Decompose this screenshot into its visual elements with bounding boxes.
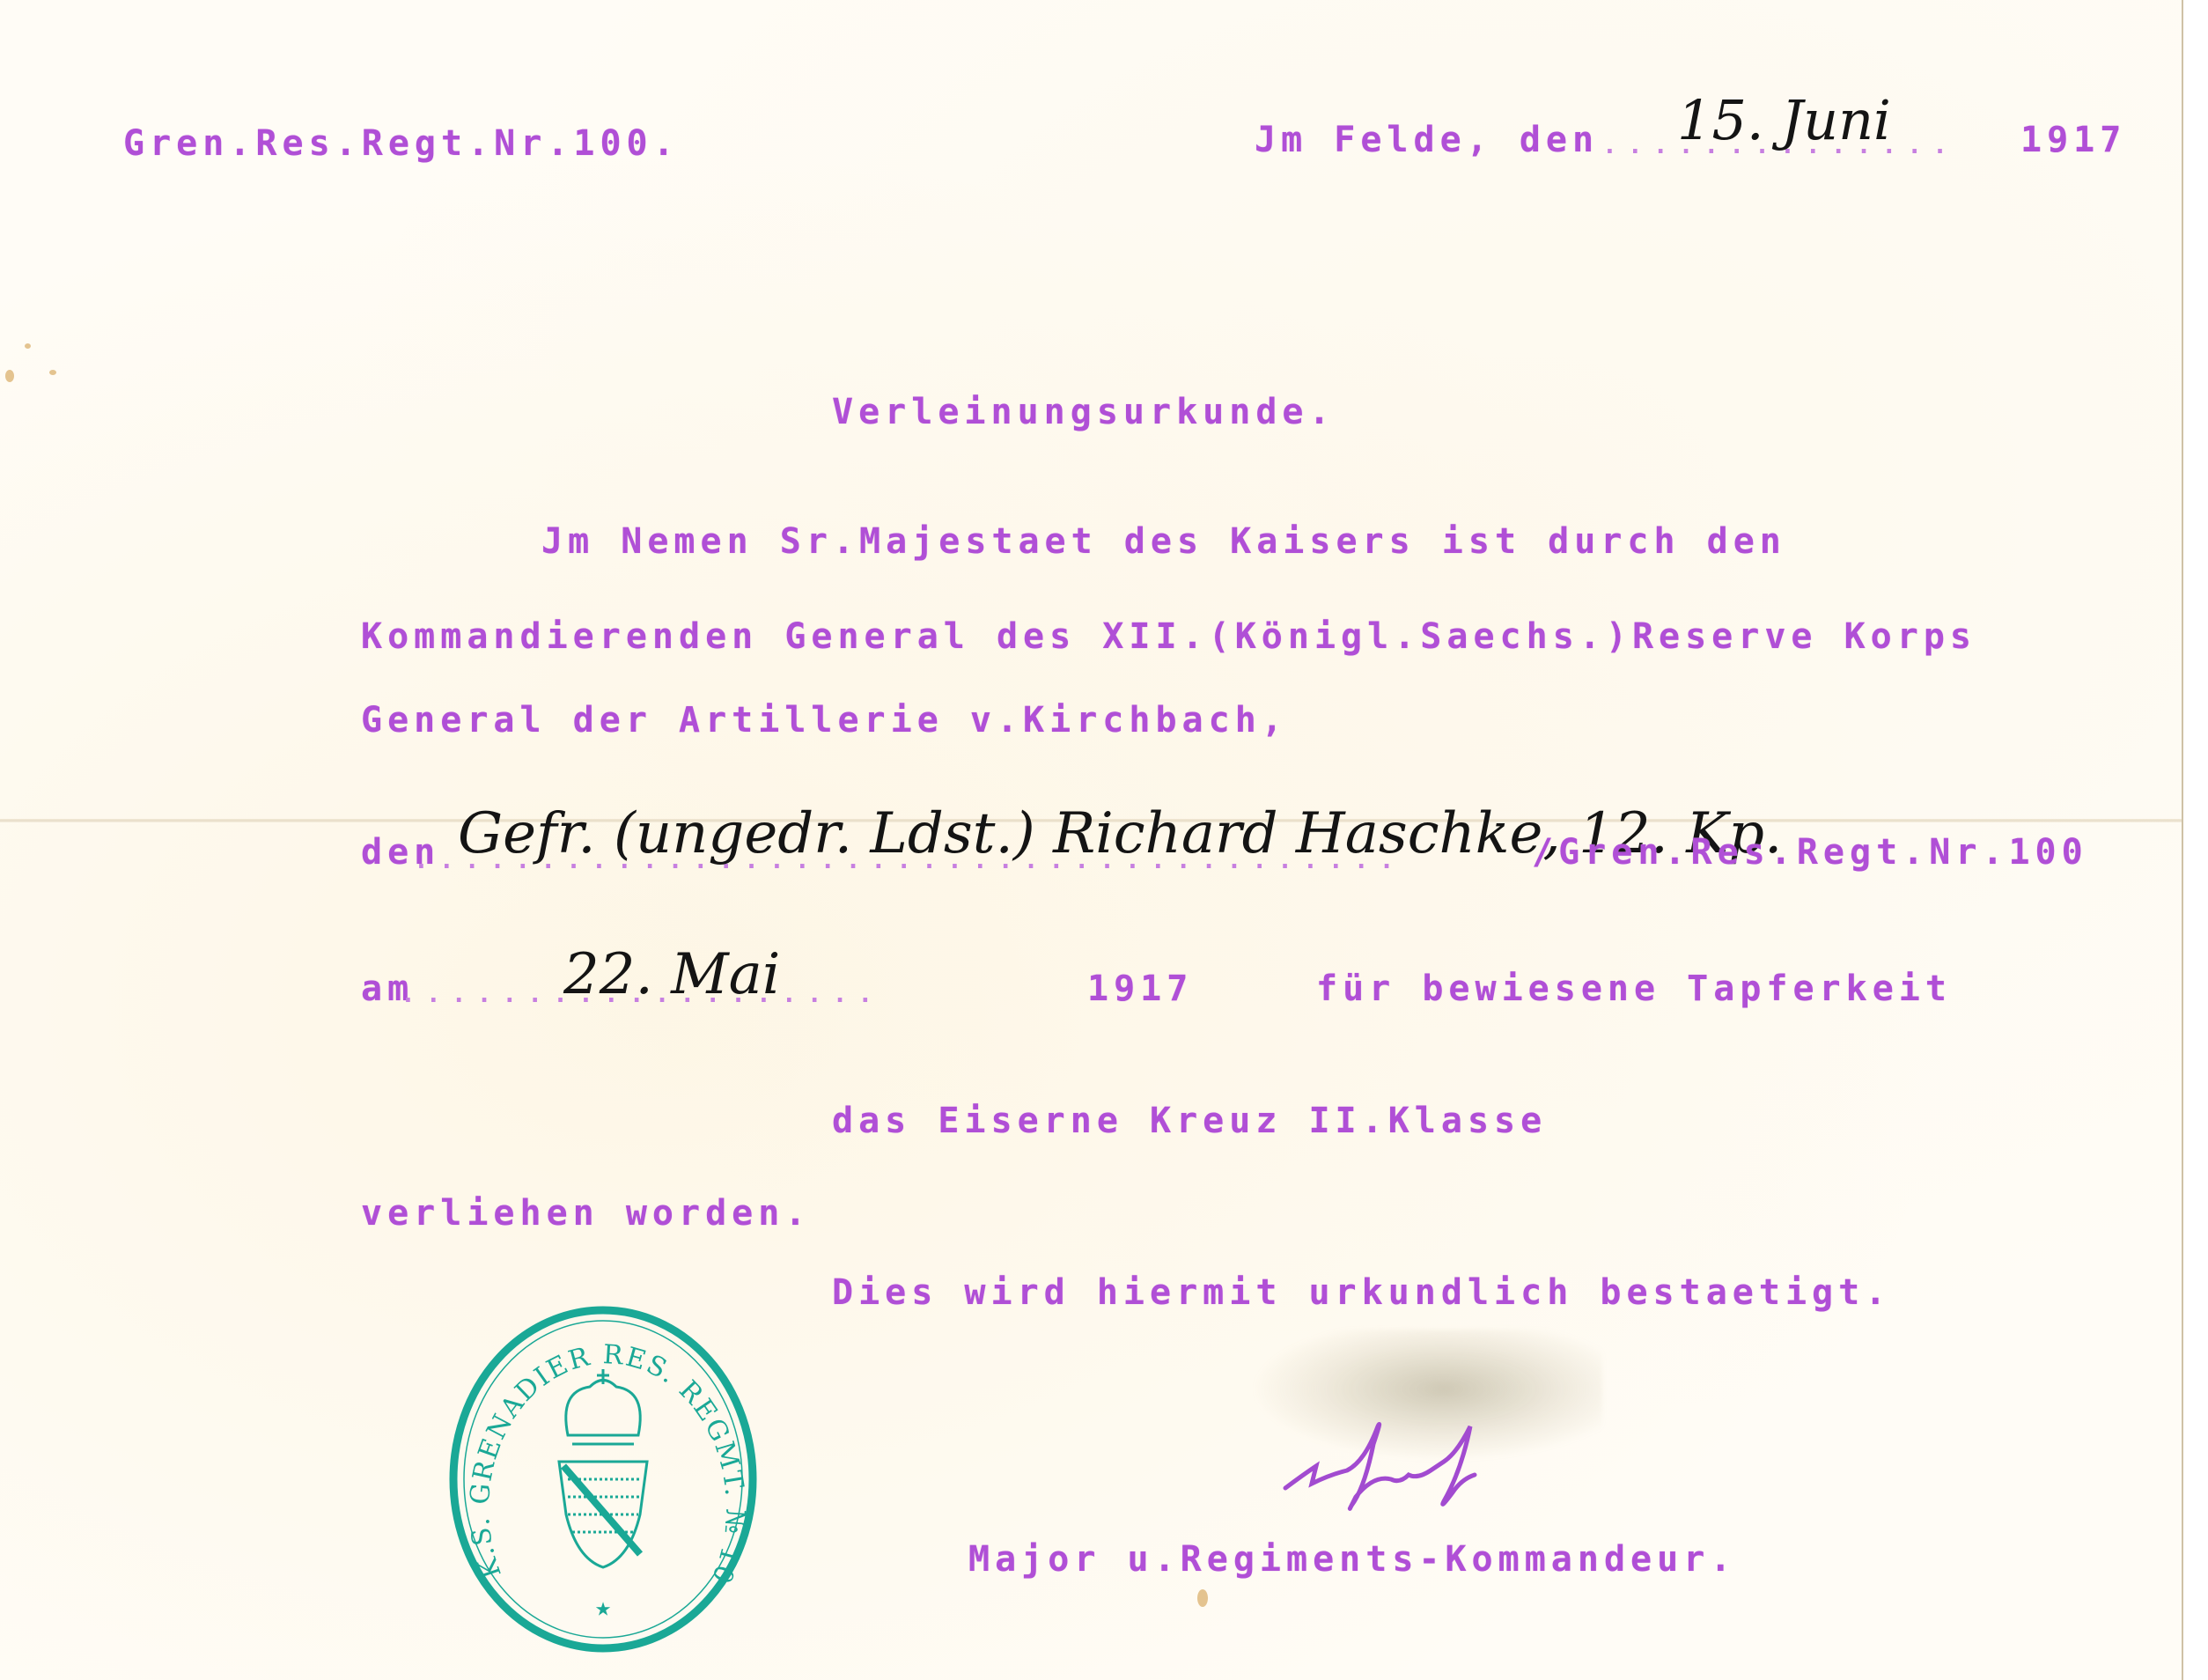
body-line-1: Jm Nemen Sr.Majestaet des Kaisers ist du…: [541, 521, 1786, 562]
award-year: 1917: [1087, 969, 1193, 1009]
header-year: 1917: [2020, 120, 2126, 160]
award-reason: für bewiesene Tapferkeit: [1316, 969, 1952, 1009]
stain-mark: [5, 370, 14, 382]
document-title: Verleinungsurkunde.: [832, 392, 1336, 432]
document-paper: Gren.Res.Regt.Nr.100. Jm Felde, den ....…: [0, 0, 2183, 1680]
certification-line: Dies wird hiermit urkundlich bestaetigt.: [832, 1272, 1891, 1313]
commander-signature: [1268, 1391, 1532, 1523]
seal-text: K.S. GRENADIER RES. REGMT. № 100: [445, 1303, 751, 1589]
unit-header: Gren.Res.Regt.Nr.100.: [123, 123, 680, 164]
body-line-3: General der Artillerie v.Kirchbach,: [361, 700, 1288, 741]
stain-mark: [1197, 1589, 1208, 1607]
body-line-2: Kommandierenden General des XII.(Königl.…: [361, 616, 1976, 657]
award-name: das Eiserne Kreuz II.Klasse: [832, 1101, 1547, 1141]
place-date-prefix: Jm Felde, den: [1255, 120, 1599, 160]
stain-mark: [49, 370, 56, 375]
signatory-title: Major u.Regiments-Kommandeur.: [968, 1539, 1736, 1580]
closing-line: verliehen worden.: [361, 1193, 811, 1234]
stain-mark: [25, 343, 31, 349]
crown-icon: [566, 1369, 640, 1444]
star-icon: ★: [595, 1592, 611, 1623]
handwritten-award-date: 22. Mai: [563, 942, 780, 1007]
coat-of-arms-icon: [559, 1462, 647, 1567]
handwritten-date: 15. Juni: [1677, 88, 1891, 152]
recipient-unit: /Gren.Res.Regt.Nr.100: [1532, 832, 2088, 873]
regiment-seal-stamp: K.S. GRENADIER RES. REGMT. № 100 ★: [445, 1303, 762, 1655]
